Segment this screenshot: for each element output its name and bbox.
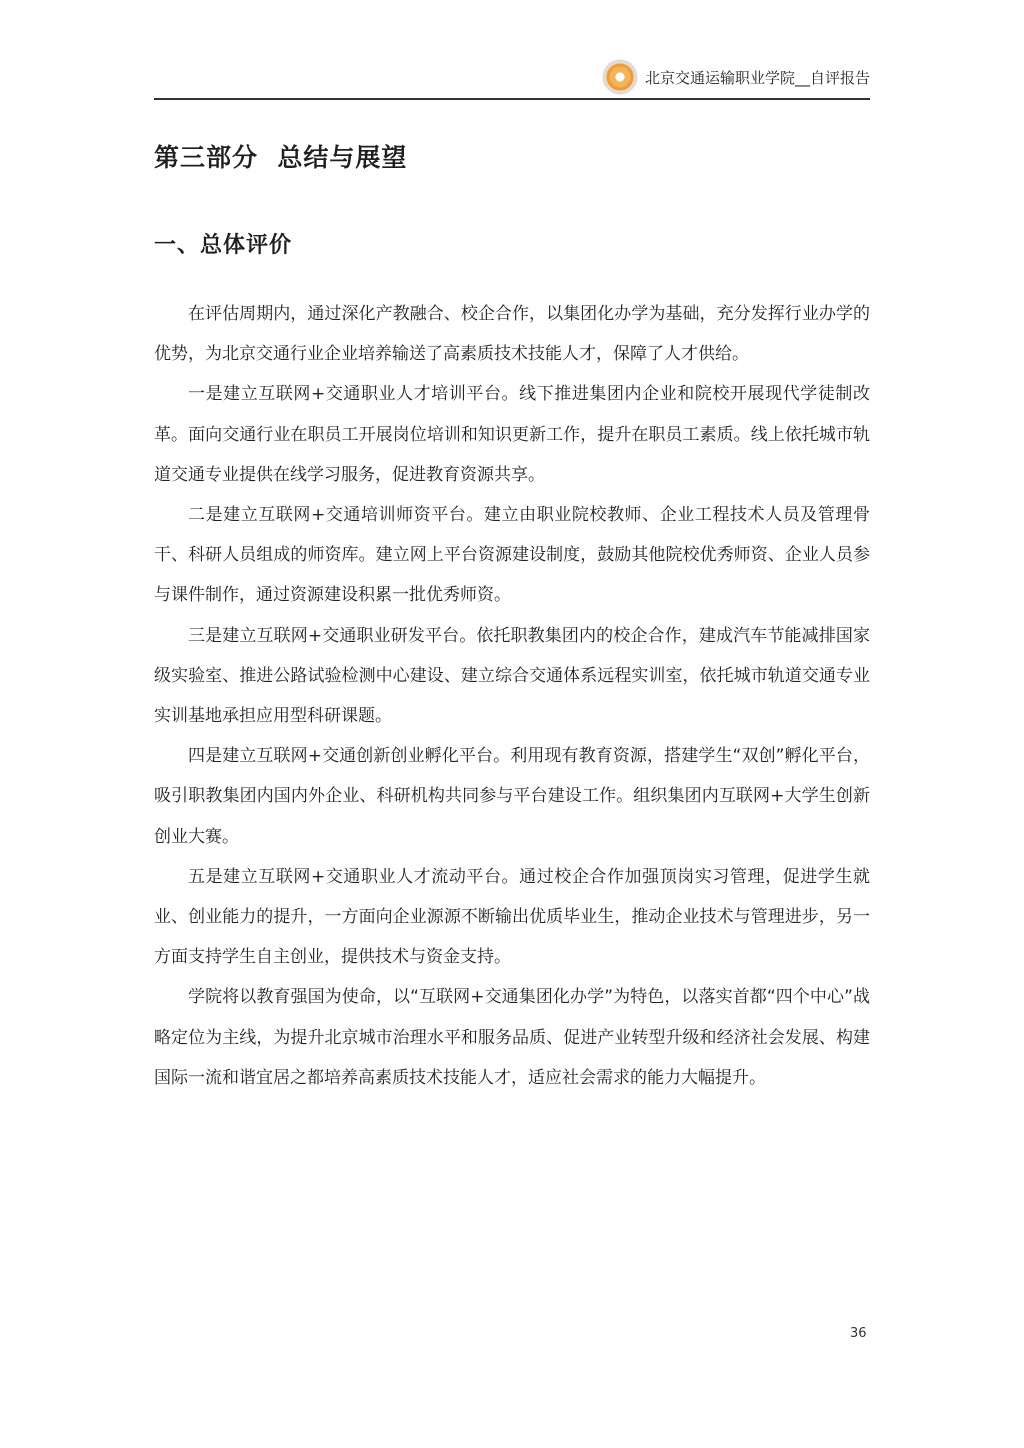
body-text: 在评估周期内，通过深化产教融合、校企合作，以集团化办学为基础，充分发挥行业办学的…	[154, 294, 870, 1098]
paragraph-intro: 在评估周期内，通过深化产教融合、校企合作，以集团化办学为基础，充分发挥行业办学的…	[154, 294, 870, 374]
header-title: 北京交通运输职业学院__自评报告	[645, 67, 870, 88]
paragraph-platform-5: 五是建立互联网+交通职业人才流动平台。通过校企合作加强顶岗实习管理，促进学生就业…	[154, 857, 870, 978]
section-title: 一、总体评价	[154, 228, 292, 259]
page-header: 北京交通运输职业学院__自评报告	[154, 56, 870, 100]
paragraph-conclusion: 学院将以教育强国为使命，以“互联网+交通集团化办学”为特色，以落实首都“四个中心…	[154, 977, 870, 1098]
page-number: 36	[850, 1326, 867, 1341]
school-emblem-icon	[603, 60, 637, 94]
paragraph-platform-4: 四是建立互联网+交通创新创业孵化平台。利用现有教育资源，搭建学生“双创”孵化平台…	[154, 736, 870, 857]
paragraph-platform-2: 二是建立互联网+交通培训师资平台。建立由职业院校教师、企业工程技术人员及管理骨干…	[154, 495, 870, 616]
header-right: 北京交通运输职业学院__自评报告	[603, 60, 870, 94]
paragraph-platform-3: 三是建立互联网+交通职业研发平台。依托职教集团内的校企合作，建成汽车节能减排国家…	[154, 616, 870, 737]
paragraph-platform-1: 一是建立互联网+交通职业人才培训平台。线下推进集团内企业和院校开展现代学徒制改革…	[154, 374, 870, 495]
part-title: 第三部分 总结与展望	[154, 138, 407, 174]
